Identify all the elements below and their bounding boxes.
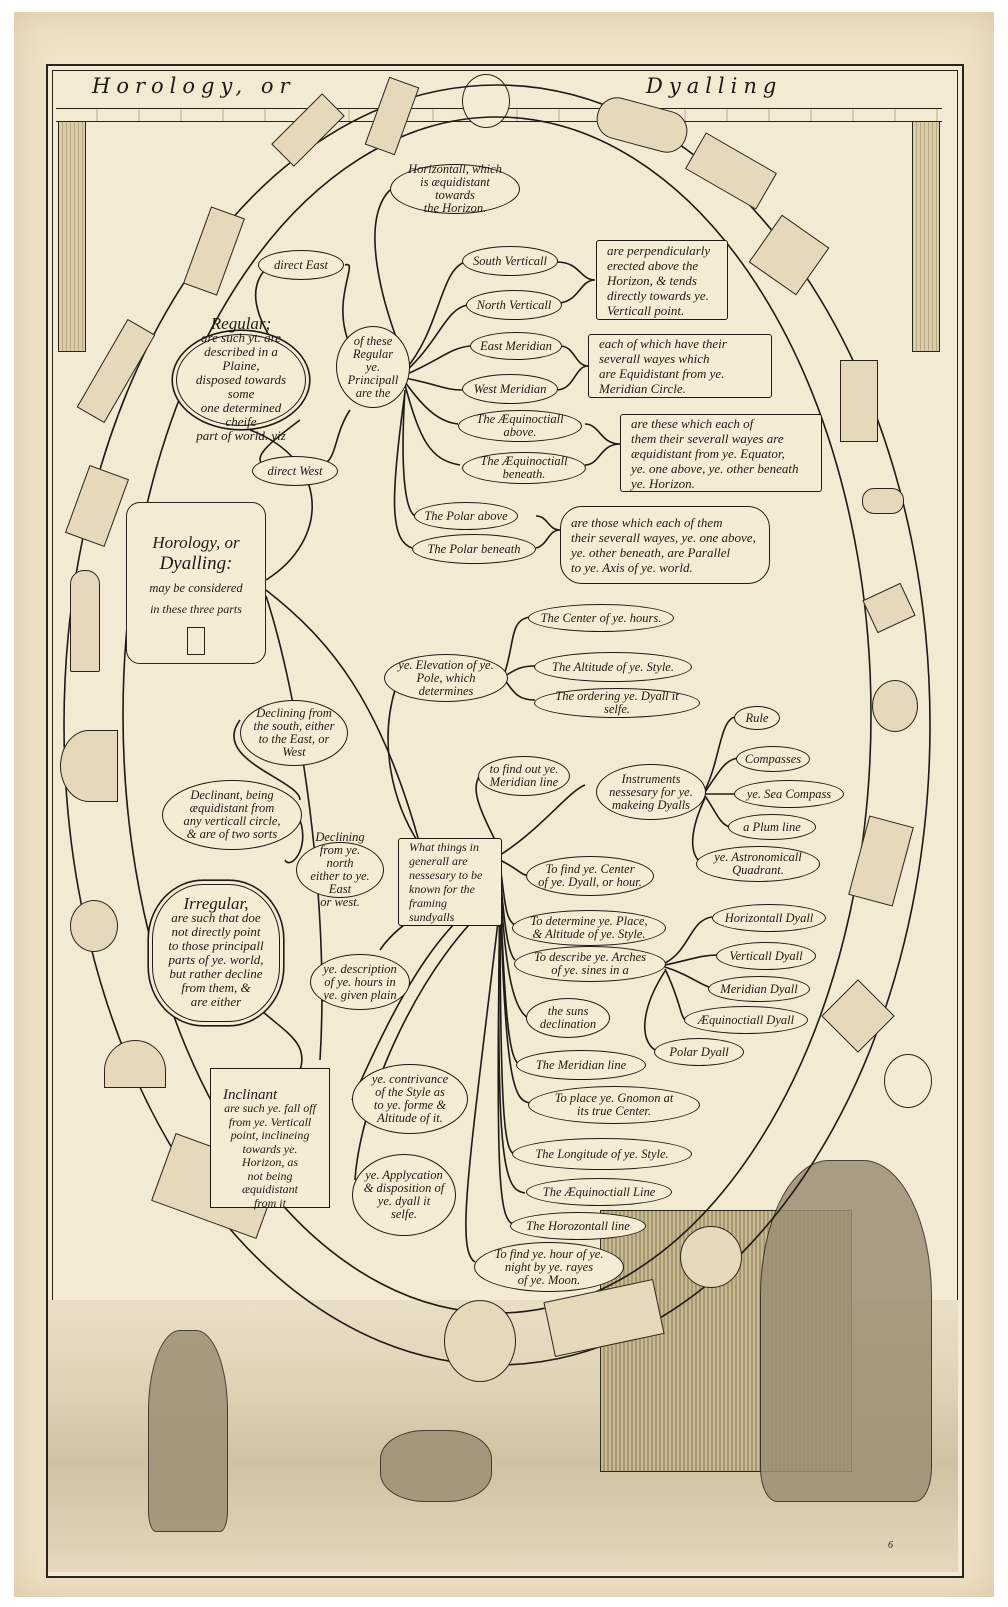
inclinant-heading: Inclinant bbox=[215, 1089, 325, 1103]
node-west-meridian: West Meridian bbox=[462, 374, 558, 404]
bracket-dial-icon bbox=[840, 360, 878, 442]
hook-icon bbox=[862, 488, 904, 514]
node-compasses: Compasses bbox=[736, 746, 810, 772]
cartouche-line-3: may be considered bbox=[127, 581, 265, 596]
node-plum-line: a Plum line bbox=[728, 814, 816, 840]
hourglass-icon bbox=[187, 627, 205, 655]
armillary-ring-icon bbox=[872, 680, 918, 732]
circular-dial-icon bbox=[680, 1226, 742, 1288]
node-north-verticall: North Verticall bbox=[466, 290, 562, 320]
node-polar-beneath: The Polar beneath bbox=[412, 534, 536, 564]
node-aequinoctiall-line: The Æquinoctiall Line bbox=[526, 1178, 672, 1206]
irregular-heading: Irregular, bbox=[168, 897, 263, 911]
note-vertical: are perpendicularly erected above the Ho… bbox=[596, 240, 728, 320]
node-altitude-style: The Altitude of ye. Style. bbox=[534, 652, 692, 682]
title-right: Dyalling bbox=[646, 74, 782, 98]
node-east-meridian: East Meridian bbox=[470, 332, 562, 360]
regular-body: are such yt. are described in a Plaine, … bbox=[196, 330, 286, 443]
node-sea-compass: ye. Sea Compass bbox=[734, 780, 844, 808]
node-meridian-line: The Meridian line bbox=[516, 1050, 646, 1080]
note-meridian: each of which have their severall wayes … bbox=[588, 334, 772, 398]
node-find-meridian: to find out ye. Meridian line bbox=[478, 756, 570, 796]
node-horizontall: Horizontall, which is æquidistant toward… bbox=[390, 164, 520, 214]
node-longitude-style: The Longitude of ye. Style. bbox=[512, 1138, 692, 1170]
node-meridian-dyall: Meridian Dyall bbox=[708, 976, 810, 1002]
central-cartouche: Horology, or Dyalling: may be considered… bbox=[126, 502, 266, 664]
plate-number: 6 bbox=[888, 1540, 893, 1551]
node-direct-west: direct West bbox=[252, 456, 338, 486]
title-left: Horology, or bbox=[92, 74, 296, 98]
quadrant-dial-icon bbox=[60, 730, 118, 802]
node-determine-place: To determine ye. Place, & Altitude of ye… bbox=[512, 910, 666, 946]
inclinant-body: are such ye. fall off from ye. Verticall… bbox=[224, 1101, 316, 1210]
node-place-gnomon: To place ye. Gnomon at its true Center. bbox=[528, 1086, 700, 1124]
node-description-hours: ye. description of ye. hours in ye. give… bbox=[310, 954, 410, 1010]
regular-heading: Regular; bbox=[185, 317, 297, 331]
node-regular: Regular;are such yt. are described in a … bbox=[176, 334, 306, 426]
horary-quadrant-icon bbox=[70, 900, 118, 952]
node-aequinoctiall-above: The Æquinoctiall above. bbox=[458, 410, 582, 442]
note-aequinoctiall: are these which each of them their sever… bbox=[620, 414, 822, 492]
node-polar-dyall: Polar Dyall bbox=[654, 1038, 744, 1066]
scroll-inclinant: Inclinantare such ye. fall off from ye. … bbox=[210, 1068, 330, 1208]
node-describe-arches: To describe ye. Arches of ye. sines in a bbox=[514, 946, 666, 982]
node-declining-south: Declining from the south, either to the … bbox=[240, 700, 348, 766]
node-contrivance: ye. contrivance of the Style as to ye. f… bbox=[352, 1064, 468, 1134]
cartouche-line-1: Horology, or bbox=[127, 533, 265, 553]
node-horizontall-line: The Horozontall line bbox=[510, 1212, 646, 1240]
note-polar: are those which each of them their sever… bbox=[560, 506, 770, 584]
node-declinant: Declinant, being æquidistant from any ve… bbox=[162, 780, 302, 850]
irregular-body: are such that doe not directly point to … bbox=[168, 910, 263, 1009]
node-polar-above: The Polar above bbox=[414, 502, 518, 530]
node-what-things: What things in generall are nessesary to… bbox=[398, 838, 502, 926]
node-rule: Rule bbox=[734, 706, 780, 730]
node-direct-east: direct East bbox=[258, 250, 344, 280]
cartouche-line-4: in these three parts bbox=[127, 602, 265, 617]
node-ordering-dyall: The ordering ye. Dyall it selfe. bbox=[534, 688, 700, 718]
node-elevation: ye. Elevation of ye. Pole, which determi… bbox=[384, 654, 508, 702]
node-verticall-dyall: Verticall Dyall bbox=[716, 942, 816, 970]
node-application: ye. Applycation & disposition of ye. dya… bbox=[352, 1154, 456, 1236]
node-aequinoctiall-dyall: Æquinoctiall Dyall bbox=[684, 1006, 808, 1034]
node-quadrant: ye. Astronomicall Quadrant. bbox=[696, 846, 820, 882]
node-find-center: To find ye. Center of ye. Dyall, or hour… bbox=[526, 856, 654, 896]
node-instruments: Instruments nessesary for ye. makeing Dy… bbox=[596, 764, 706, 820]
node-declining-north: Declining from ye. north either to ye. E… bbox=[296, 842, 384, 898]
node-center-hours: The Center of ye. hours. bbox=[528, 604, 674, 632]
node-horizontall-dyall: Horizontall Dyall bbox=[712, 904, 826, 932]
node-suns-declination: the suns declination bbox=[526, 998, 610, 1038]
node-south-verticall: South Verticall bbox=[462, 246, 558, 276]
node-aequinoctiall-beneath: The Æquinoctiall beneath. bbox=[462, 452, 586, 484]
compass-dividers-icon bbox=[70, 570, 100, 672]
node-hour-night: To find ye. hour of ye. night by ye. ray… bbox=[474, 1242, 624, 1292]
cartouche-line-2: Dyalling: bbox=[127, 553, 265, 575]
node-irregular: Irregular,are such that doe not directly… bbox=[152, 884, 280, 1022]
concentric-dial-icon bbox=[444, 1300, 516, 1382]
node-principall: of these Regular ye. Principall are the bbox=[336, 326, 410, 408]
